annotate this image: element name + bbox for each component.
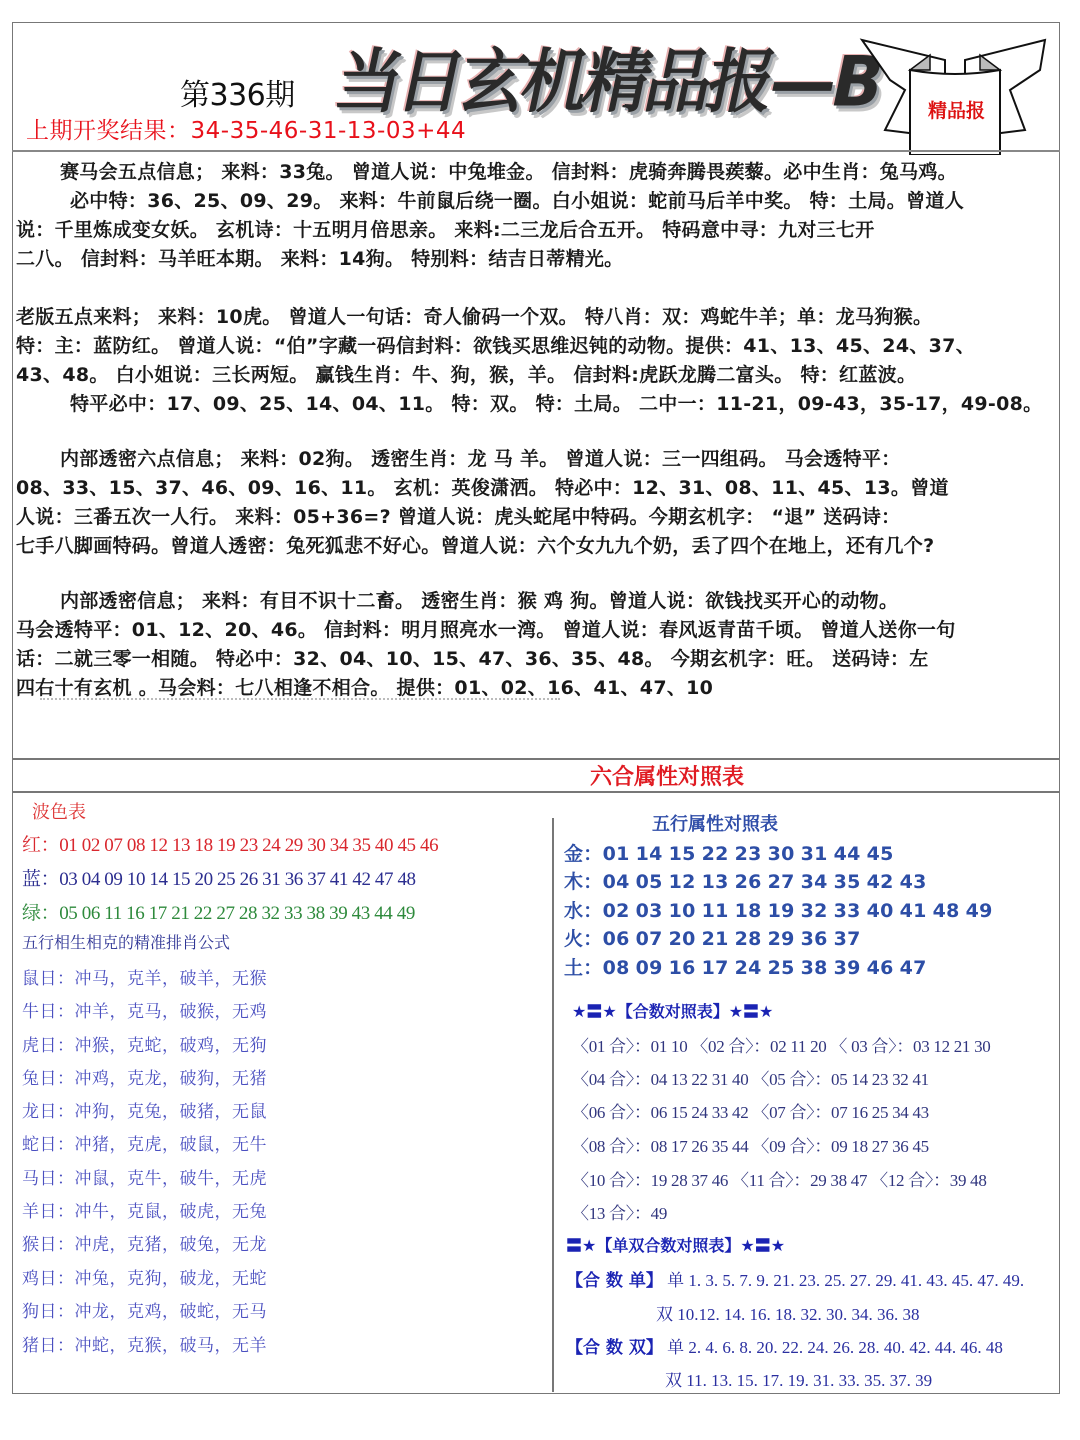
wuxing-row-wood: 木：04051213262734354243 [564,867,933,894]
wuxing-num: 13 [702,871,735,893]
wuxing-num: 31 [801,843,834,865]
wuxing-num: 20 [669,928,702,950]
wuxing-num: 07 [636,928,669,950]
wave-row-blue: 蓝：03 04 09 10 14 15 20 25 26 31 36 37 41… [22,864,416,891]
zodiac-row: 马日：冲鼠，克牛，破牛，无虎 [22,1164,267,1189]
info-line: 话：二就三零一相随。 特必中：32、04、10、15、47、36、35、48。 … [16,645,1068,674]
he-odd-single: 单 1. 3. 5. 7. 9. 21. 23. 25. 27. 29. 41.… [667,1271,1024,1290]
he-row: 〈10 合〉：19 28 37 46 〈11 合〉：29 38 47 〈12 合… [572,1166,987,1191]
info-line: 老版五点来料； 来料：10虎。 曾道人一句话：奇人偷码一个双。 特八肖：双：鸡蛇… [16,303,1068,332]
section-divider [12,791,1060,793]
column-divider [552,818,554,1392]
zodiac-row: 猴日：冲虎，克猪，破兔，无龙 [22,1230,267,1255]
wuxing-num: 01 [603,843,636,865]
wave-numbers: 05 06 11 16 17 21 22 27 28 32 33 38 39 4… [59,903,415,924]
wuxing-label: 金： [564,843,603,865]
wuxing-num: 28 [735,928,768,950]
zodiac-row: 兔日：冲鸡，克龙，破狗，无猪 [22,1064,267,1089]
issue-number: 第336期 [180,70,295,114]
wuxing-num: 38 [801,957,834,979]
wuxing-num: 30 [768,843,801,865]
wuxing-num: 05 [636,871,669,893]
zodiac-row: 狗日：冲龙，克鸡，破蛇，无马 [22,1297,267,1322]
wuxing-num: 37 [834,928,867,950]
info-line: 08、33、15、37、46、09、16、11。 玄机：英俊潇洒。 特必中：12… [16,474,1068,503]
ribbon-label: 精品报 [928,96,985,123]
info-line: 内部透密六点信息； 来料：02狗。 透密生肖：龙 马 羊。 曾道人说：三一四组码… [16,445,1068,474]
wuxing-num: 35 [834,871,867,893]
wuxing-num: 02 [603,900,636,922]
he-even-label: 【合 数 双】 [566,1338,663,1358]
zodiac-row: 羊日：冲牛，克鼠，破虎，无兔 [22,1197,267,1222]
info-line: 七手八脚画特码。曾道人透密：兔死狐悲不好心。曾道人说：六个女九九个奶，丢了四个在… [16,532,1068,561]
info-line: 必中特：36、25、09、29。 来料：牛前鼠后绕一圈。白小姐说：蛇前马后羊中奖… [16,187,1068,216]
wuxing-num: 14 [636,843,669,865]
wuxing-num: 25 [768,957,801,979]
wuxing-num: 17 [702,957,735,979]
info-line: 二八。 信封料：马羊旺本期。 来料：14狗。 特别料：结吉日蒂精光。 [16,245,1068,274]
wuxing-num: 39 [834,957,867,979]
info-line: 说：千里炼成变女妖。 玄机诗：十五明月倍思亲。 来料:二三龙后合五开。 特码意中… [16,216,1068,245]
wuxing-num: 15 [669,843,702,865]
wuxing-row-water: 水：020310111819323340414849 [564,896,999,923]
he-row: 〈04 合〉：04 13 22 31 40 〈05 合〉：05 14 23 32… [572,1065,929,1090]
info-block-2: 老版五点来料； 来料：10虎。 曾道人一句话：奇人偷码一个双。 特八肖：双：鸡蛇… [16,303,1068,419]
wuxing-num: 36 [801,928,834,950]
he-row: 〈01 合〉：01 10 〈02 合〉：02 11 20 〈 03 合〉：03 … [572,1032,990,1057]
zodiac-row: 鸡日：冲兔，克狗，破龙，无蛇 [22,1264,267,1289]
info-block-1: 赛马会五点信息； 来料：33兔。 曾道人说：中兔堆金。 信封料：虎骑奔腾畏蒺藜。… [16,158,1068,274]
wuxing-num: 12 [669,871,702,893]
zodiac-row: 龙日：冲狗，克兔，破猪，无鼠 [22,1097,267,1122]
banner-title: 当日玄机精品报—B [327,26,891,126]
info-line: 赛马会五点信息； 来料：33兔。 曾道人说：中兔堆金。 信封料：虎骑奔腾畏蒺藜。… [16,158,1068,187]
wuxing-num: 24 [735,957,768,979]
zodiac-row: 牛日：冲羊，克马，破猴，无鸡 [22,997,267,1022]
formula-title: 五行相生相克的精准排肖公式 [22,930,230,953]
wuxing-label: 火： [564,928,603,950]
wuxing-num: 10 [669,900,702,922]
wuxing-num: 40 [867,900,900,922]
he-row: 〈13 合〉：49 [572,1199,667,1224]
wuxing-num: 03 [636,900,669,922]
wuxing-num: 34 [801,871,834,893]
he-odd-row: 【合 数 单】 单 1. 3. 5. 7. 9. 21. 23. 25. 27.… [566,1266,1024,1291]
zodiac-row: 蛇日：冲猪，克虎，破鼠，无牛 [22,1130,267,1155]
ribbon-icon [850,20,1055,155]
section-divider [12,758,1060,760]
section-title: 六合属性对照表 [590,760,744,791]
cutoff-line [40,698,560,704]
wave-numbers: 03 04 09 10 14 15 20 25 26 31 36 37 41 4… [59,869,415,890]
header-divider [12,150,1060,152]
wuxing-label: 水： [564,900,603,922]
he-even-double: 双 11. 13. 15. 17. 19. 31. 33. 35. 37. 39 [665,1366,932,1391]
wuxing-table-title: 五行属性对照表 [652,810,778,836]
wuxing-num: 04 [603,871,636,893]
he-table-title: ★〓★【合数对照表】★〓★ [572,999,773,1022]
wave-label: 蓝： [22,869,59,890]
wuxing-num: 32 [801,900,834,922]
wuxing-num: 06 [603,928,636,950]
info-line: 人说：三番五次一人行。 来料：05+36=? 曾道人说：虎头蛇尾中特码。今期玄机… [16,503,1068,532]
wuxing-row-earth: 土：08091617242538394647 [564,953,933,980]
wuxing-num: 49 [966,900,999,922]
wave-row-red: 红：01 02 07 08 12 13 18 19 23 24 29 30 34… [22,830,438,857]
wave-label: 绿： [22,903,59,924]
wave-table-title: 波色表 [32,798,86,824]
wuxing-num: 41 [900,900,933,922]
wuxing-num: 23 [735,843,768,865]
wuxing-row-fire: 火：0607202128293637 [564,924,867,951]
wuxing-num: 19 [768,900,801,922]
he-row: 〈06 合〉：06 15 24 33 42 〈07 合〉：07 16 25 34… [572,1098,929,1123]
odd-even-table-title: 〓★【单双合数对照表】★〓★ [566,1233,785,1256]
wuxing-num: 46 [867,957,900,979]
he-even-single: 单 2. 4. 6. 8. 20. 22. 24. 26. 28. 40. 42… [667,1338,1003,1357]
zodiac-row: 鼠日：冲马，克羊，破羊，无猴 [22,964,267,989]
wuxing-label: 土： [564,957,603,979]
wuxing-num: 09 [636,957,669,979]
he-odd-double: 双 10.12. 14. 16. 18. 32. 30. 34. 36. 38 [656,1300,920,1325]
info-line: 内部透密信息； 来料：有目不识十二畜。 透密生肖：猴 鸡 狗。曾道人说：欲钱找买… [16,587,1068,616]
wuxing-num: 29 [768,928,801,950]
wuxing-label: 木： [564,871,603,893]
last-result-label: 上期开奖结果： [26,118,191,144]
wuxing-num: 08 [603,957,636,979]
wuxing-num: 48 [933,900,966,922]
he-even-row: 【合 数 双】 单 2. 4. 6. 8. 20. 22. 24. 26. 28… [566,1333,1003,1358]
wuxing-num: 21 [702,928,735,950]
zodiac-row: 猪日：冲蛇，克猴，破马，无羊 [22,1331,267,1356]
last-result-numbers: 34-35-46-31-13-03+44 [191,118,467,144]
zodiac-row: 虎日：冲猴，克蛇，破鸡，无狗 [22,1031,267,1056]
he-row: 〈08 合〉：08 17 26 35 44 〈09 合〉：09 18 27 36… [572,1132,929,1157]
wave-label: 红： [22,835,59,856]
last-result: 上期开奖结果：34-35-46-31-13-03+44 [26,112,466,145]
info-line: 特平必中：17、09、25、14、04、11。 特：双。 特：土局。 二中一：1… [16,390,1068,419]
wave-numbers: 01 02 07 08 12 13 18 19 23 24 29 30 34 3… [59,835,438,856]
wuxing-num: 43 [900,871,933,893]
wuxing-num: 16 [669,957,702,979]
info-line: 特：主：蓝防红。 曾道人说：“伯”字藏一码信封料：欲钱买思维迟钝的动物。提供：4… [16,332,1068,361]
wave-row-green: 绿：05 06 11 16 17 21 22 27 28 32 33 38 39… [22,898,415,925]
wuxing-num: 45 [867,843,900,865]
he-odd-label: 【合 数 单】 [566,1271,663,1291]
wuxing-num: 47 [900,957,933,979]
wuxing-num: 33 [834,900,867,922]
wuxing-num: 11 [702,900,735,922]
wuxing-num: 22 [702,843,735,865]
wuxing-row-metal: 金：011415222330314445 [564,839,900,866]
wuxing-num: 27 [768,871,801,893]
wuxing-num: 26 [735,871,768,893]
wuxing-num: 44 [834,843,867,865]
wuxing-num: 42 [867,871,900,893]
info-block-3: 内部透密六点信息； 来料：02狗。 透密生肖：龙 马 羊。 曾道人说：三一四组码… [16,445,1068,561]
info-line: 马会透特平：01、12、20、46。 信封料：明月照亮水一湾。 曾道人说：春风返… [16,616,1068,645]
wuxing-num: 18 [735,900,768,922]
info-block-4: 内部透密信息； 来料：有目不识十二畜。 透密生肖：猴 鸡 狗。曾道人说：欲钱找买… [16,587,1068,703]
info-line: 43、48。 白小姐说：三长两短。 赢钱生肖：牛、狗，猴，羊。 信封料:虎跃龙腾… [16,361,1068,390]
